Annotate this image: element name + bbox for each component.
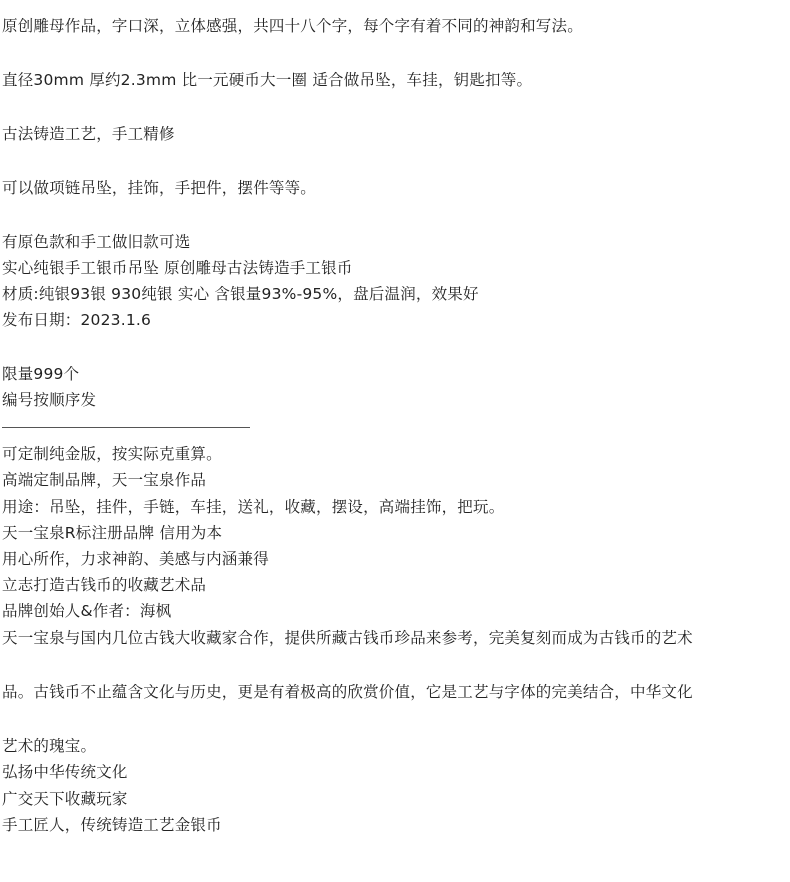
custom-gold-line: 可定制纯金版，按实际克重算。 bbox=[2, 444, 222, 464]
material-line: 材质:纯银93银 930纯银 实心 含银量93%-95%，盘后温润，效果好 bbox=[2, 284, 479, 304]
release-date-line: 发布日期：2023.1.6 bbox=[2, 310, 151, 330]
craft-line: 古法铸造工艺，手工精修 bbox=[2, 124, 175, 144]
options-line: 有原色款和手工做旧款可选 bbox=[2, 232, 190, 252]
collaboration-line: 天一宝泉与国内几位古钱大收藏家合作，提供所藏古钱币珍品来参考，完美复刻而成为古钱… bbox=[2, 628, 693, 648]
intro-line: 原创雕母作品，字口深，立体感强，共四十八个字，每个字有着不同的神韵和写法。 bbox=[2, 16, 583, 36]
product-name-line: 实心纯银手工银币吊坠 原创雕母古法铸造手工银币 bbox=[2, 258, 353, 278]
serial-number-line: 编号按顺序发 bbox=[2, 390, 96, 410]
brand-line: 高端定制品牌，天一宝泉作品 bbox=[2, 470, 206, 490]
treasure-line: 艺术的瑰宝。 bbox=[2, 736, 96, 756]
artisan-line: 手工匠人，传统铸造工艺金银币 bbox=[2, 815, 222, 835]
founder-line: 品牌创始人&作者：海枫 bbox=[2, 601, 171, 621]
collectors-line: 广交天下收藏玩家 bbox=[2, 789, 128, 809]
limited-quantity-line: 限量999个 bbox=[2, 364, 79, 384]
promote-culture-line: 弘扬中华传统文化 bbox=[2, 762, 128, 782]
usage-line: 可以做项链吊坠，挂饰，手把件，摆件等等。 bbox=[2, 178, 316, 198]
dimensions-line: 直径30mm 厚约2.3mm 比一元硬币大一圈 适合做吊坠，车挂，钥匙扣等。 bbox=[2, 70, 532, 90]
culture-line: 品。古钱币不止蕴含文化与历史，更是有着极高的欣赏价值，它是工艺与字体的完美结合，… bbox=[2, 682, 693, 702]
mission-line: 立志打造古钱币的收藏艺术品 bbox=[2, 575, 206, 595]
uses-line: 用途：吊坠，挂件，手链，车挂，送礼，收藏，摆设，高端挂饰，把玩。 bbox=[2, 497, 504, 517]
divider bbox=[2, 427, 250, 428]
philosophy-line: 用心所作，力求神韵、美感与内涵兼得 bbox=[2, 549, 269, 569]
trademark-line: 天一宝泉R标注册品牌 信用为本 bbox=[2, 523, 222, 543]
